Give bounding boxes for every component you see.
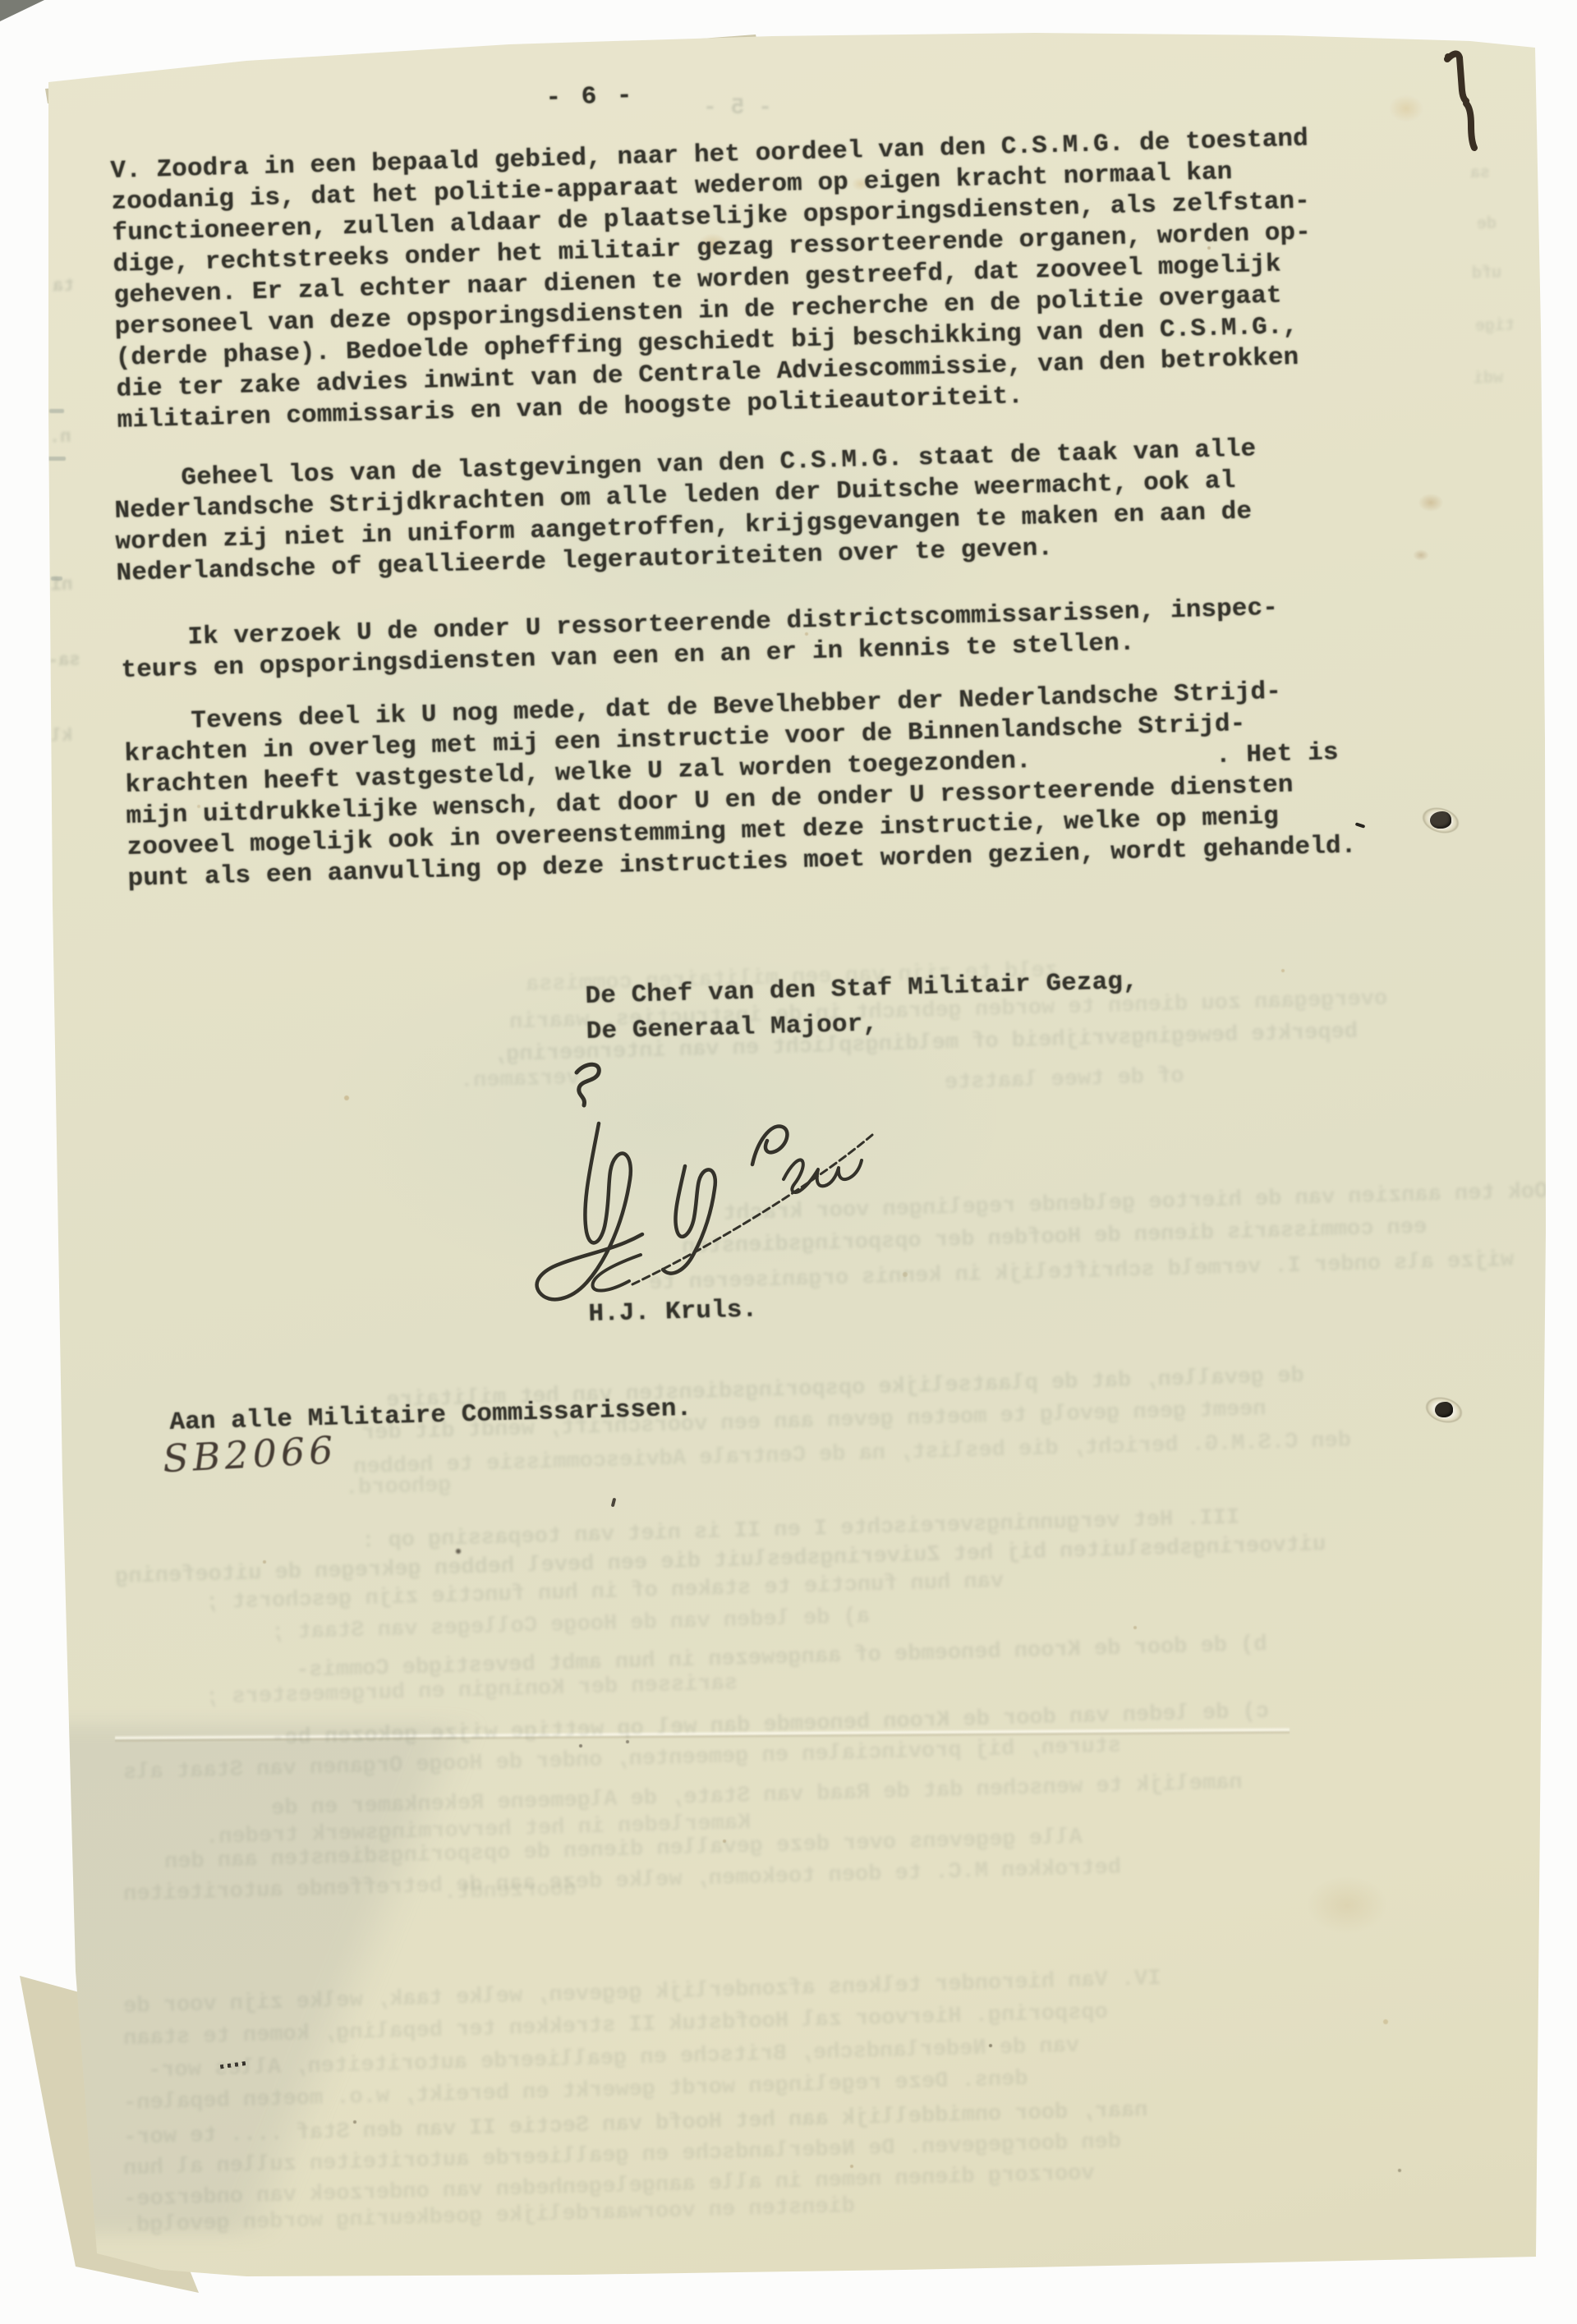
ghost-line: tige — [1475, 316, 1515, 336]
ghost-line: ufd — [1472, 264, 1502, 284]
paragraph-4: Tevens deel ik U nog mede, dat de Bevelh… — [123, 675, 1357, 895]
punch-hole-center — [1435, 1402, 1453, 1417]
ghost-line: wdi — [1474, 370, 1504, 389]
ghost-line: ta — [53, 276, 75, 297]
ghost-line: kl — [51, 726, 73, 747]
signature-title-block: De Chef van den Staf Militair Gezag,De G… — [585, 964, 1139, 1049]
ghost-line: ni — [51, 575, 73, 596]
ghost-line: sa- — [48, 650, 80, 671]
ink-speck — [1355, 822, 1366, 829]
ghost-line: n. — [49, 427, 71, 448]
ghost-line: gehoord. — [345, 1473, 452, 1500]
edge-ghost-mark — [49, 409, 64, 413]
signature-autograph — [491, 1041, 951, 1312]
paragraph-3: Ik verzoek U de onder U ressorteerende d… — [120, 593, 1279, 687]
punch-hole-center — [1430, 811, 1451, 829]
ghost-line: of de twee laatste — [945, 1064, 1184, 1095]
ghost-line: de — [1477, 215, 1497, 235]
ghost-line: doorzendt. — [444, 1877, 577, 1905]
ink-speck — [611, 1498, 617, 1508]
reference-code: SB2066 — [162, 1427, 338, 1481]
scanned-document: zeld te zijn van een militairen commissa… — [0, 0, 1577, 2324]
document-page: zeld te zijn van een militairen commissa… — [0, 0, 1577, 2324]
paragraph-1: V. Zoodra in een bepaald gebied, naar he… — [110, 124, 1316, 437]
scan-corner-shadow — [0, 0, 44, 21]
ghost-line: sa — [1470, 164, 1491, 184]
paragraph-2: Geheel los van de lastgevingen van den C… — [113, 434, 1259, 590]
signer-name: H.J. Kruls. — [588, 1294, 758, 1330]
page-number: - 6 - — [545, 80, 635, 114]
handwritten-page-index — [1432, 46, 1485, 154]
edge-ghost-mark — [48, 457, 66, 461]
ghost-page-number: - 5 - — [703, 95, 772, 121]
